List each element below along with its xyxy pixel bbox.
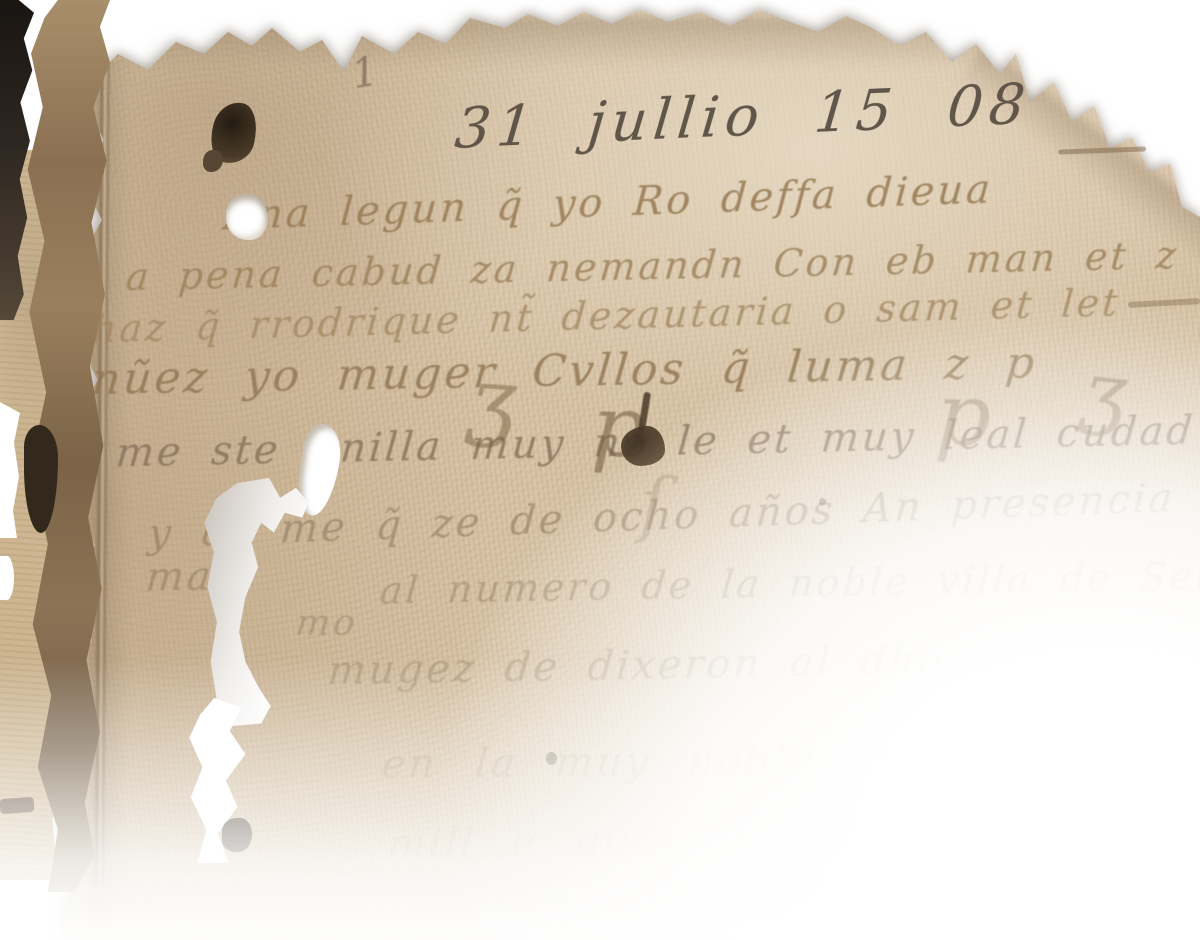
bottom-dark-hole <box>222 818 252 852</box>
ink-blot <box>621 426 665 466</box>
flourish-glyph: p <box>933 365 996 468</box>
flourish-glyph: ſ <box>639 462 672 547</box>
torn-top-edge-shading <box>85 16 1015 68</box>
text-line: mo <box>294 603 360 644</box>
text-line: en la muy noble et muy leal quda <box>380 732 1200 788</box>
flourish-glyph: ʒ <box>465 348 523 451</box>
dark-speck <box>546 752 557 765</box>
flourish-glyph: ʒ <box>1077 343 1135 441</box>
spine-small-gap <box>0 556 14 600</box>
dark-speck <box>819 498 826 506</box>
spine-dark-slit <box>0 797 34 814</box>
torn-hole-white <box>226 194 268 240</box>
manuscript-photo: 31 jullio 15 08 1 Ana legun q̃ yo Ro def… <box>0 0 1200 940</box>
